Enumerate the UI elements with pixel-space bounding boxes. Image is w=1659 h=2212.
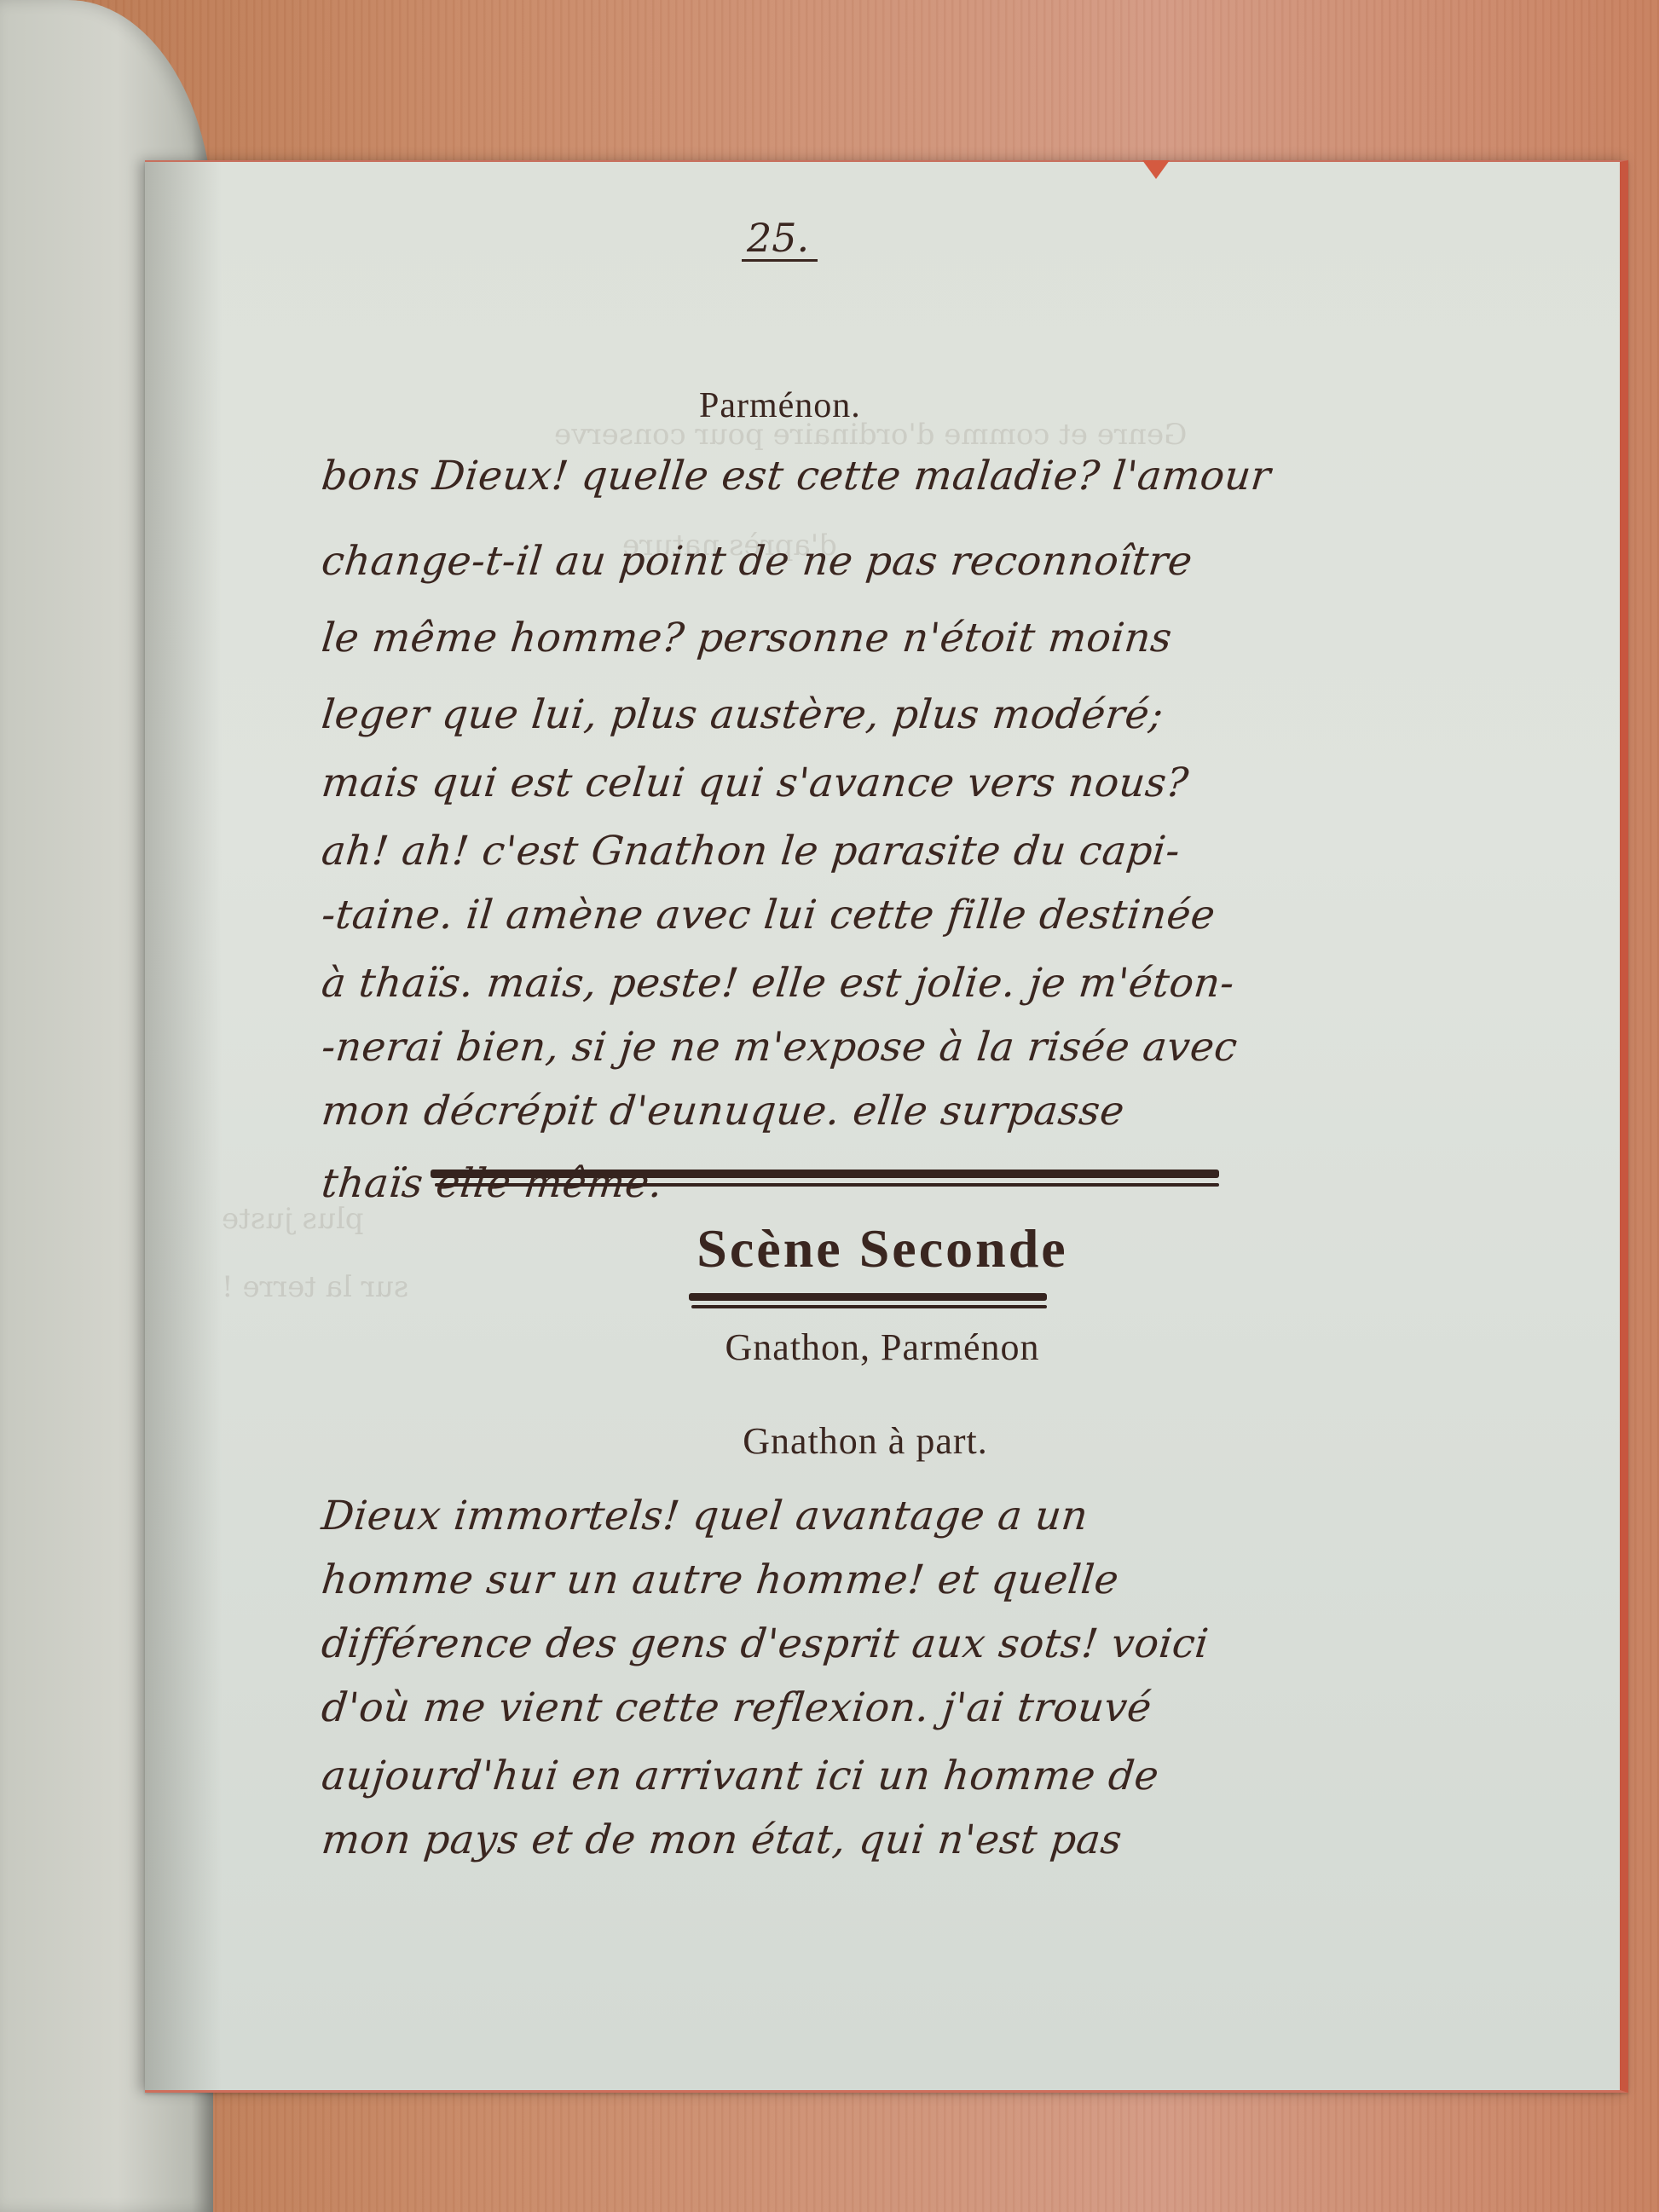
divider-rule [431,1170,1219,1178]
divider-rule-thin [691,1305,1047,1308]
scene-title: Scène Seconde [145,1217,1620,1280]
text-line: -nerai bien, si je ne m'expose à la risé… [320,1027,1240,1067]
text-line: leger que lui, plus austère, plus modéré… [320,695,1165,735]
bleed-through-text: Genre et comme d'ordinaire pour conserve [554,418,1187,452]
speaker-heading: Parménon. [699,385,861,426]
scene-characters: Gnathon, Parménon [145,1325,1620,1369]
text-line: à thaïs. mais, peste! elle est jolie. je… [320,963,1236,1003]
text-line: différence des gens d'esprit aux sots! v… [320,1624,1211,1664]
text-line: mais qui est celui qui s'avance vers nou… [320,763,1190,803]
text-line: -taine. il amène avec lui cette fille de… [320,895,1217,935]
text-line: mon pays et de mon état, qui n'est pas [320,1820,1124,1860]
divider-rule-thin [435,1183,1219,1187]
page-number: 25. [742,218,818,262]
text-line: change-t-il au point de ne pas reconnoît… [320,541,1194,581]
text-line: Dieux immortels! quel avantage a un [320,1496,1090,1536]
divider-rule [689,1293,1047,1301]
manuscript-page: Genre et comme d'ordinaire pour conserve… [145,160,1628,2093]
speaker-heading: Gnathon à part. [128,1419,1603,1463]
text-line: bons Dieux! quelle est cette maladie? l'… [320,456,1273,496]
text-line: d'où me vient cette reflexion. j'ai trou… [320,1688,1153,1728]
text-line: aujourd'hui en arrivant ici un homme de [320,1756,1161,1796]
text-line: homme sur un autre homme! et quelle [320,1560,1121,1600]
page-edge-mark [1142,160,1170,179]
text-line: le même homme? personne n'étoit moins [320,618,1174,658]
text-line: ah! ah! c'est Gnathon le parasite du cap… [320,831,1182,871]
text-line: mon décrépit d'eunuque. elle surpasse [320,1091,1126,1131]
